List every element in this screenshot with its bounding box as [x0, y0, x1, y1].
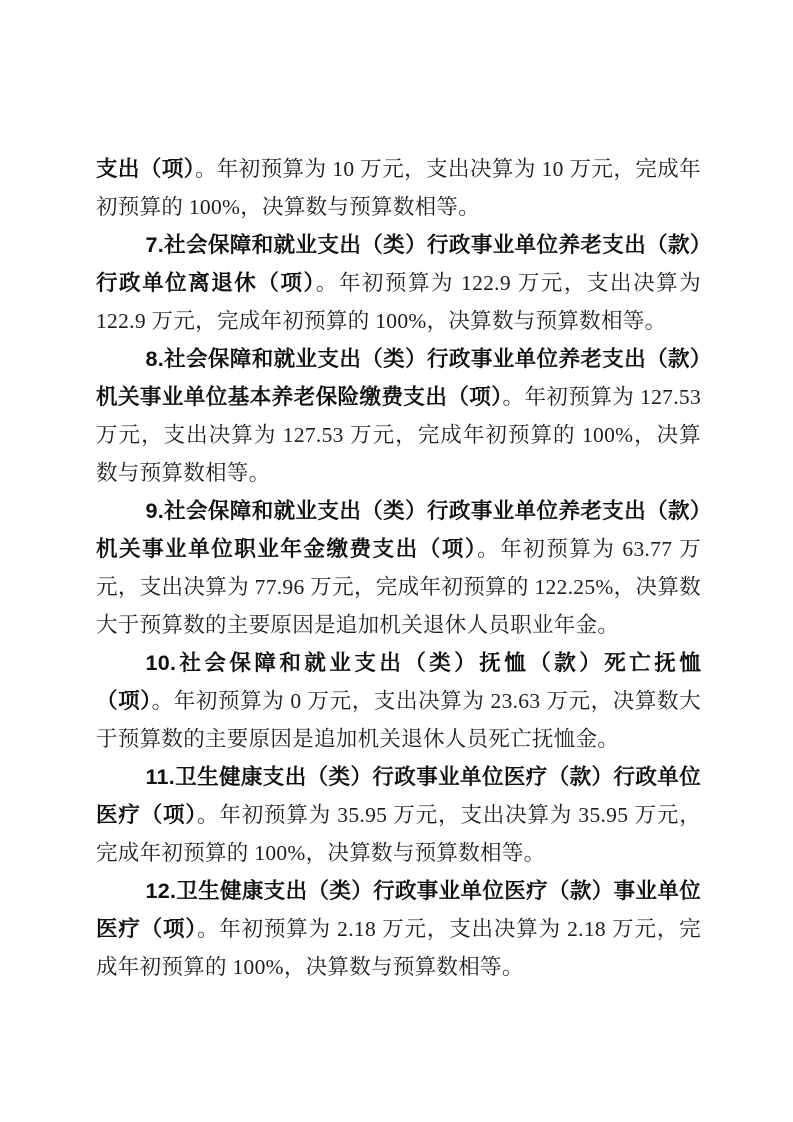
- paragraph-body: 。年初预算为 0 万元，支出决算为 23.63 万元，决算数大于预算数的主要原因…: [96, 689, 701, 751]
- paragraph-item-12: 12.卫生健康支出（类）行政事业单位医疗（款）事业单位医疗（项）。年初预算为 2…: [96, 872, 701, 986]
- paragraph-item-8: 8.社会保障和就业支出（类）行政事业单位养老支出（款）机关事业单位基本养老保险缴…: [96, 340, 701, 492]
- paragraph-item-9: 9.社会保障和就业支出（类）行政事业单位养老支出（款）机关事业单位职业年金缴费支…: [96, 492, 701, 644]
- paragraph-heading: 支出（项）: [96, 157, 195, 181]
- document-page: 支出（项）。年初预算为 10 万元，支出决算为 10 万元，完成年初预算的 10…: [0, 0, 793, 1122]
- paragraph-item-7: 7.社会保障和就业支出（类）行政事业单位养老支出（款）行政单位离退休（项）。年初…: [96, 226, 701, 340]
- paragraph-item-11: 11.卫生健康支出（类）行政事业单位医疗（款）行政单位医疗（项）。年初预算为 3…: [96, 758, 701, 872]
- paragraph-item-10: 10.社会保障和就业支出（类）抚恤（款）死亡抚恤（项）。年初预算为 0 万元，支…: [96, 644, 701, 758]
- paragraph-continuation: 支出（项）。年初预算为 10 万元，支出决算为 10 万元，完成年初预算的 10…: [96, 150, 701, 226]
